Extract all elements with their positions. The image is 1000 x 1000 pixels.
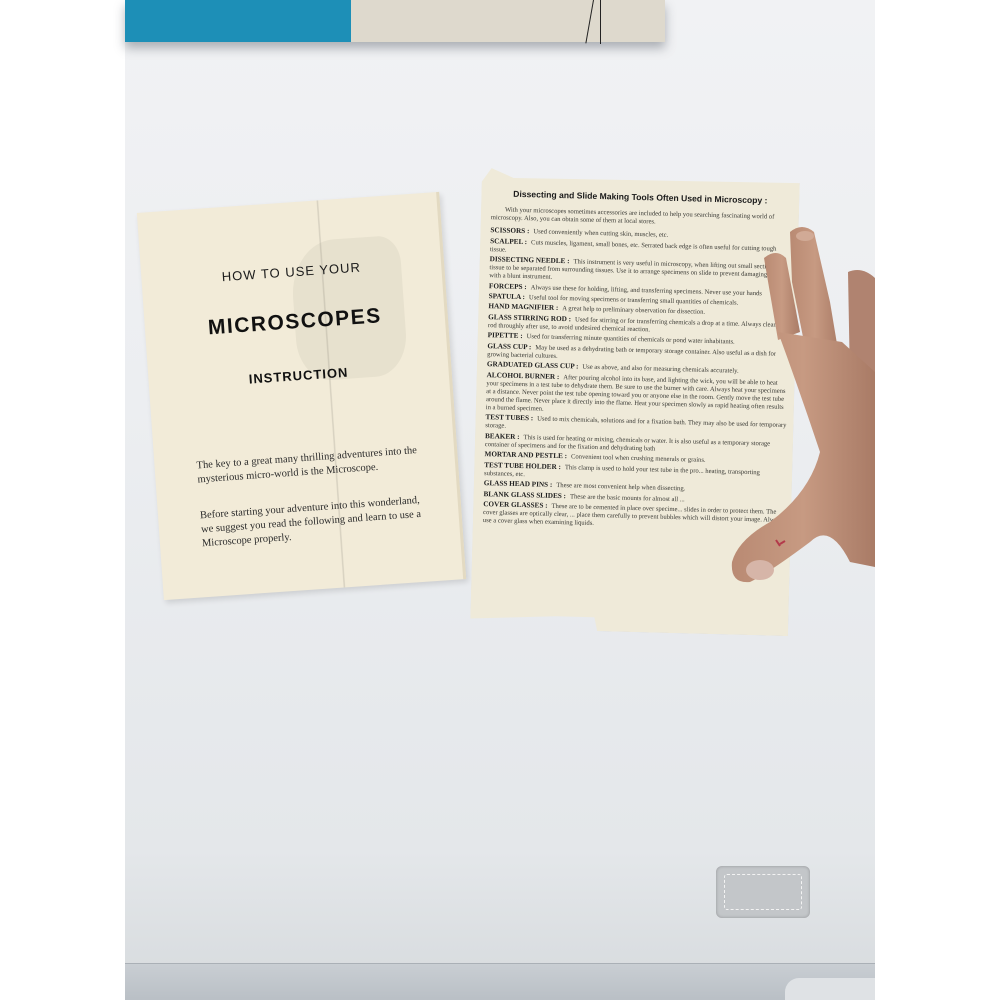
box-blue-panel <box>125 0 351 42</box>
tool-term: GLASS CUP : <box>487 342 531 351</box>
tool-term: GRADUATED GLASS CUP : <box>487 360 579 370</box>
velcro-patch <box>716 866 810 918</box>
tool-term: SCALPEL : <box>490 237 527 246</box>
booklet-paragraph-1: The key to a great many thrilling advent… <box>196 443 427 487</box>
booklet-label: INSTRUCTION <box>148 358 448 394</box>
tool-description: These are the basic mounts for almost al… <box>570 493 685 503</box>
tool-term: HAND MAGNIFIER : <box>488 303 558 313</box>
tool-description: These are most convenient help when diss… <box>556 482 685 492</box>
tool-term: PIPETTE : <box>488 331 523 340</box>
tool-term: FORCEPS : <box>489 282 527 291</box>
booklet-paragraph-2: Before starting your adventure into this… <box>200 493 432 551</box>
box-line-art <box>600 0 601 44</box>
microscope-box-lid <box>125 0 665 42</box>
hand-icon <box>730 222 875 602</box>
tool-term: BEAKER : <box>485 432 520 441</box>
tool-term: SCISSORS : <box>490 226 529 235</box>
tool-term: COVER GLASSES : <box>483 500 547 510</box>
tool-term: GLASS HEAD PINS : <box>484 479 553 489</box>
tool-term: BLANK GLASS SLIDES : <box>483 490 566 500</box>
box-tab <box>785 978 875 1000</box>
box-bottom-edge <box>125 963 875 1000</box>
instruction-booklet: HOW TO USE YOUR MICROSCOPES INSTRUCTION … <box>137 192 466 600</box>
box-line-art <box>585 0 594 43</box>
tool-term: MORTAR AND PESTLE : <box>484 450 567 460</box>
sheet-title: Dissecting and Slide Making Tools Often … <box>481 188 799 206</box>
tool-term: SPATULA : <box>489 292 525 301</box>
tool-term: TEST TUBES : <box>485 413 533 422</box>
